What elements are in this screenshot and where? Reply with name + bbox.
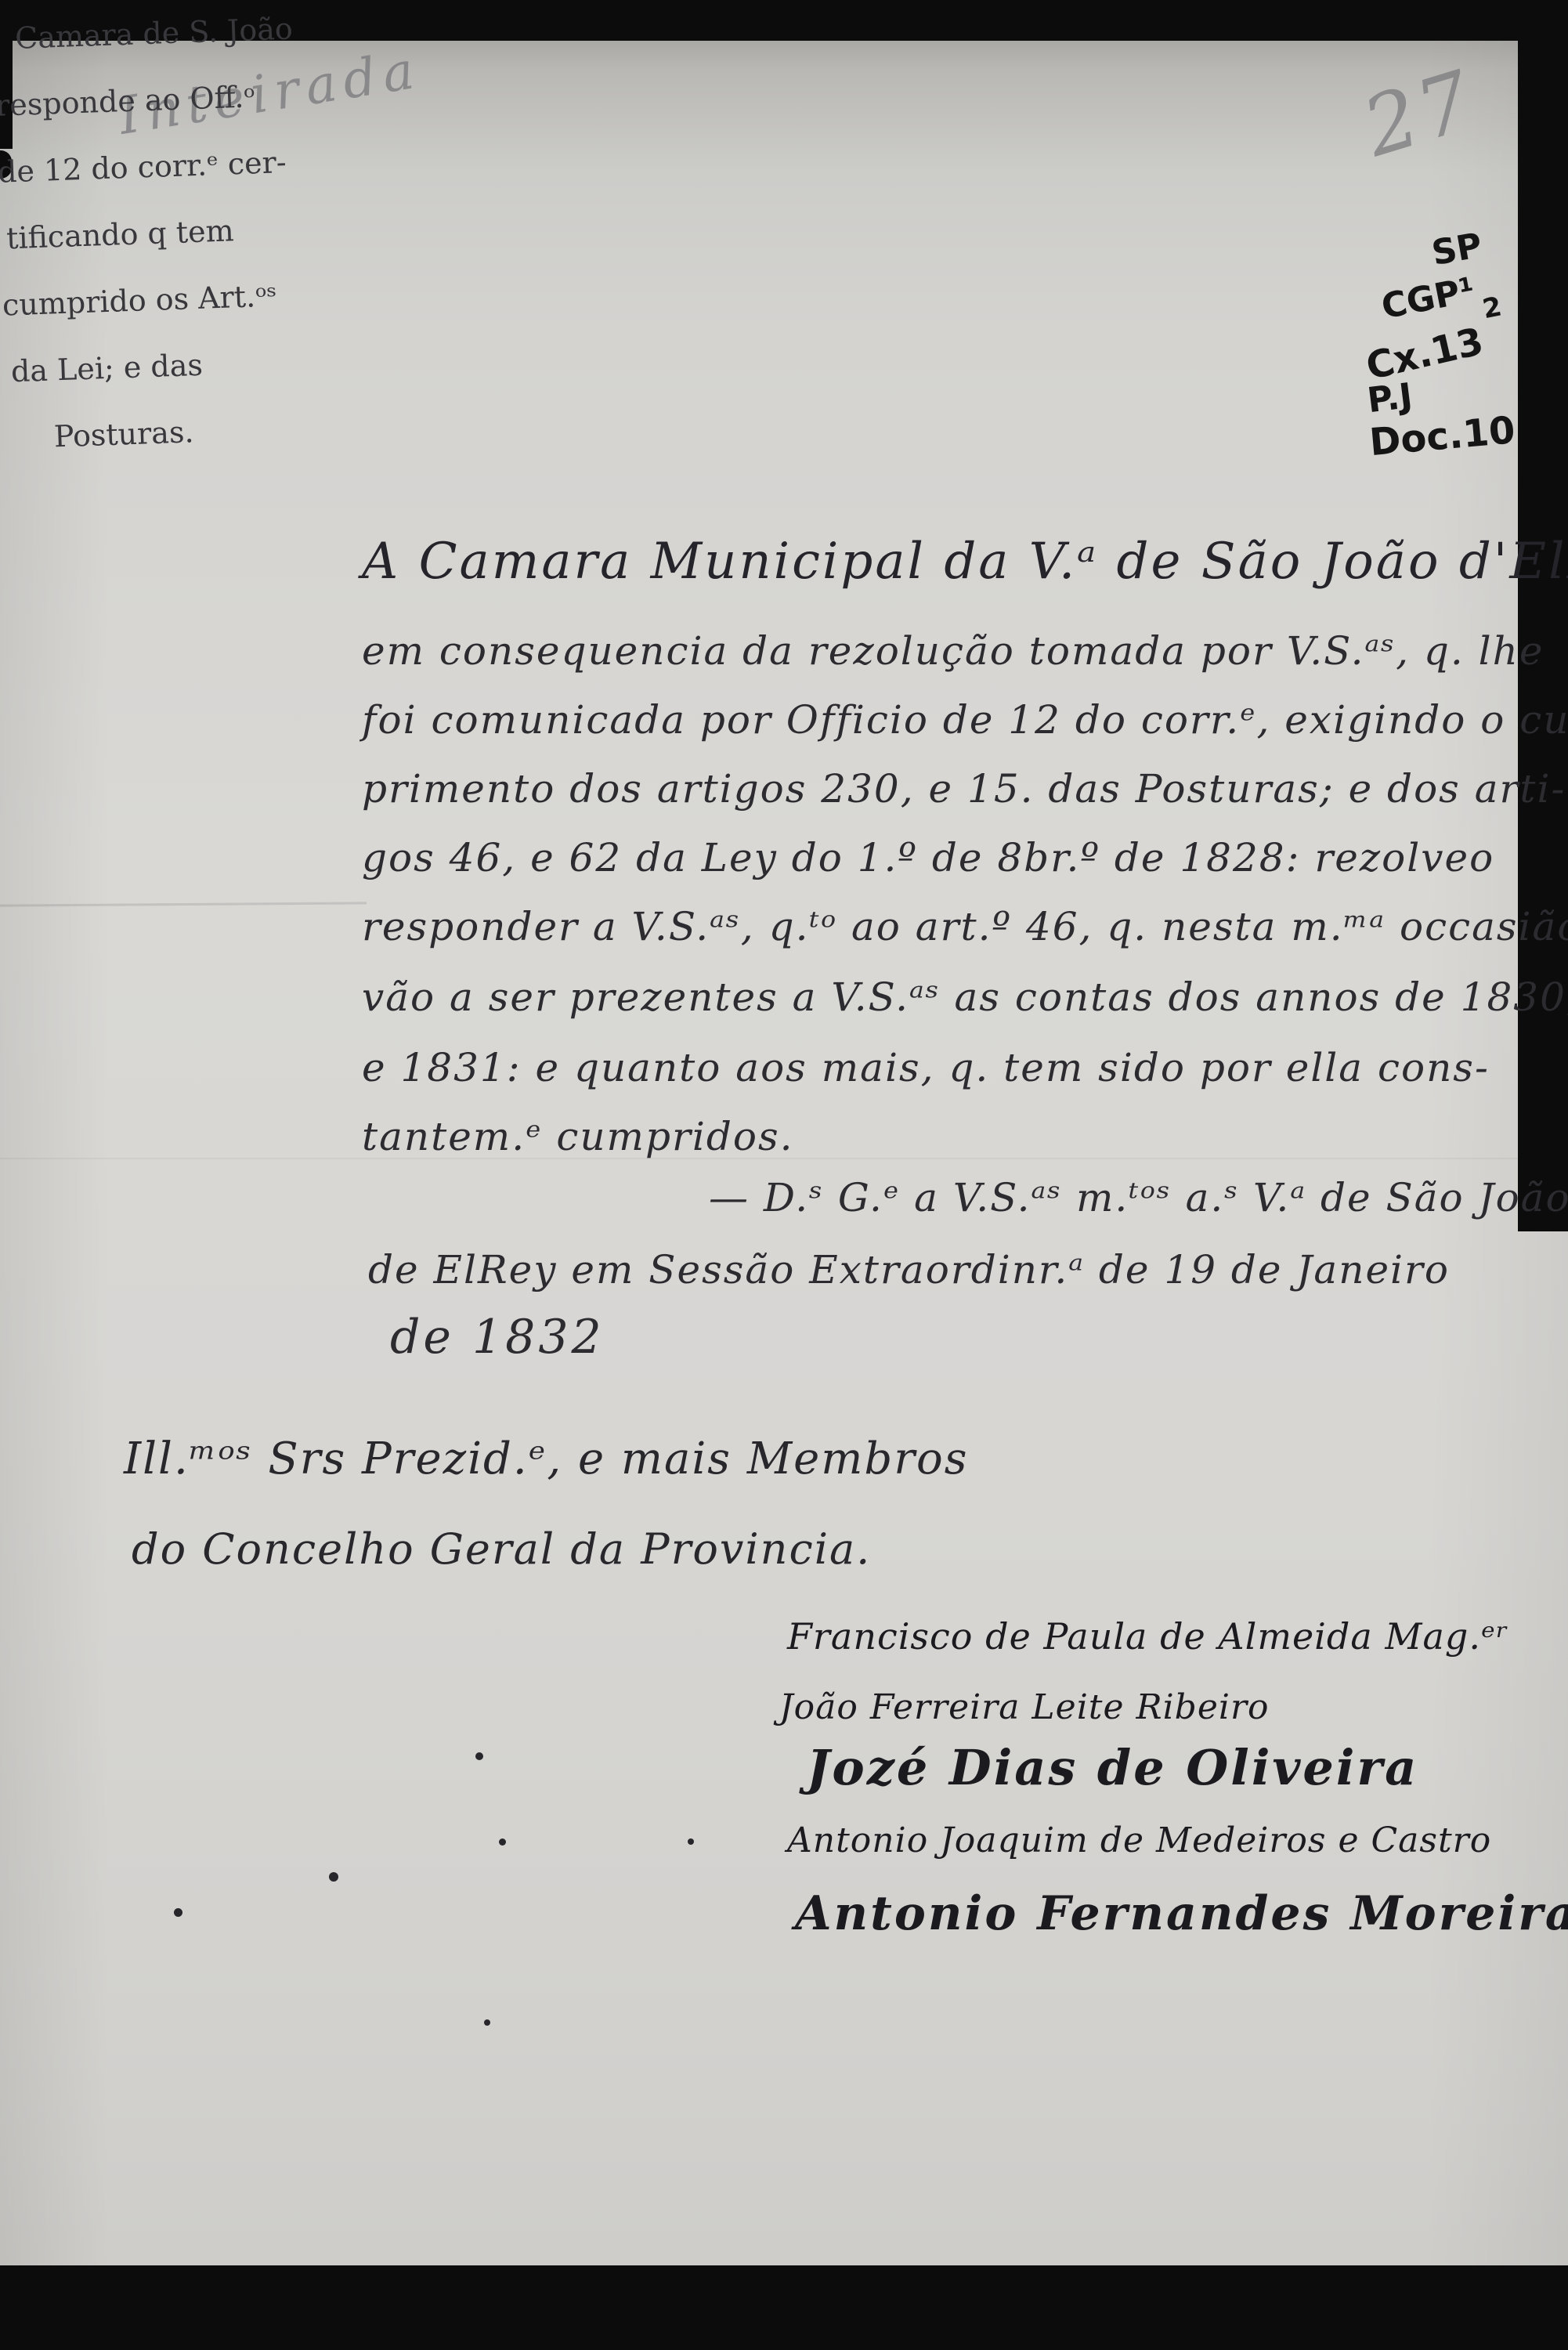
body-line: gos 46, e 62 da Ley do 1.º de 8br.º de 1… (362, 835, 1494, 880)
margin-note-line: Camara de S. João (14, 0, 339, 72)
margin-note-line: da Lei; e das (10, 327, 351, 405)
body-line: vão a ser prezentes a V.S.ᵃˢ as contas d… (362, 974, 1568, 1020)
body-line: primento dos artigos 230, e 15. das Post… (362, 766, 1566, 812)
stamp-cgp-text: CGP¹ (1378, 270, 1478, 327)
margin-summary-note: Camara de S. João responde ao Off.ᵒ de 1… (0, 0, 352, 472)
year-line: de 1832 (390, 1310, 605, 1365)
signature: Jozé Dias de Oliveira (807, 1739, 1418, 1796)
pencil-page-number: 27 (1353, 52, 1486, 175)
margin-note-line: Posturas. (53, 393, 353, 470)
margin-note-line: tificando q tem (5, 193, 346, 272)
body-line: foi comunicada por Officio de 12 do corr… (362, 697, 1568, 743)
scanned-manuscript-page: Inteirada 27 SP CGP¹2 Cx.13 P.J Doc.10 C… (0, 0, 1568, 2350)
signature: Antonio Joaquim de Medeiros e Castro (787, 1820, 1491, 1860)
archival-reference-stamp: SP CGP¹2 Cx.13 P.J Doc.10 (1358, 221, 1558, 461)
ink-speck (329, 1872, 338, 1882)
margin-note-line: de 12 do corr.ᵉ cer- (0, 127, 343, 205)
scan-border-bottom (0, 2265, 1568, 2350)
body-line: tantem.ᵉ cumpridos. (362, 1114, 794, 1159)
signature: Francisco de Paula de Almeida Mag.ᵉʳ (787, 1615, 1509, 1658)
margin-note-line: responde ao Off.ᵒ (0, 60, 341, 139)
signature: João Ferreira Leite Ribeiro (779, 1687, 1269, 1727)
scan-border-right (1518, 0, 1568, 1231)
ink-speck (174, 1908, 182, 1917)
body-line: responder a V.S.ᵃˢ, q.ᵗᵒ ao art.º 46, q.… (362, 904, 1568, 949)
body-line: e 1831: e quanto aos mais, q. tem sido p… (362, 1045, 1490, 1090)
ink-speck (499, 1838, 506, 1846)
dateline: de ElRey em Sessão Extraordinr.ᵃ de 19 d… (368, 1247, 1450, 1292)
ink-speck (688, 1838, 694, 1845)
ink-speck (484, 2019, 490, 2026)
valediction-line: — D.ˢ G.ᵉ a V.S.ᵃˢ m.ᵗᵒˢ a.ˢ V.ᵃ de São … (709, 1175, 1568, 1220)
body-line: A Camara Municipal da V.ᵃ de São João d'… (362, 533, 1568, 591)
addressee-line: Ill.ᵐᵒˢ Srs Prezid.ᵉ, e mais Membros (124, 1433, 968, 1484)
body-line: em consequencia da rezolução tomada por … (362, 628, 1544, 674)
signature: Antonio Fernandes Moreira (795, 1886, 1568, 1941)
paper-crease (0, 902, 367, 906)
addressee-line: do Concelho Geral da Provincia. (132, 1524, 871, 1574)
margin-note-line: cumprido os Art.ᵒˢ (2, 260, 349, 338)
ink-speck (475, 1752, 483, 1760)
